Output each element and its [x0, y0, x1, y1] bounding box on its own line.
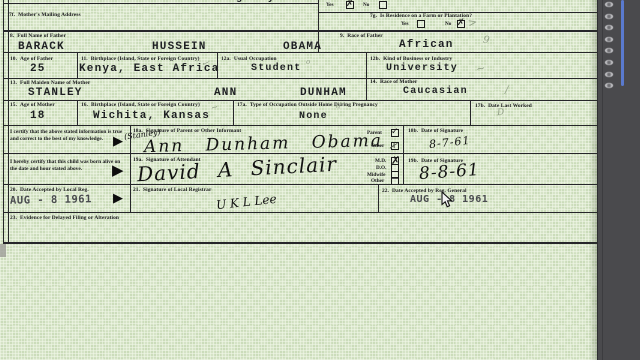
mother-last-name: DUNHAM: [300, 87, 347, 99]
mother-occupation-value: None: [299, 111, 328, 122]
form-line: [318, 12, 597, 13]
checkbox-parent: ✓: [391, 129, 399, 137]
checkbox-7g-no-label: No: [445, 21, 451, 27]
field-21-label: 21.Signature of Local Registrar: [133, 187, 211, 193]
arrow-18a-icon: ▶: [113, 135, 123, 148]
form-line: [77, 52, 78, 78]
checkbox-parent-label: Parent: [367, 130, 382, 136]
form-line: [3, 3, 318, 4]
form-line: [3, 0, 4, 243]
pencil-mark: ✗: [388, 141, 397, 152]
layers-panel-strip: [597, 0, 640, 360]
field-20-label: 20.Date Accepted by Local Reg.: [10, 187, 89, 193]
field-8-label: 8.Full Name of Father: [10, 33, 66, 39]
certification-text-attendant: I hereby certify that this child was bor…: [10, 159, 128, 173]
layer-eye-icon[interactable]: [605, 37, 613, 42]
checkbox-7g-yes: [417, 20, 425, 28]
field-11-label: 11.Birthplace (Island, State or Foreign …: [81, 56, 200, 62]
field-13-label: 13.Full Maiden Name of Mother: [10, 80, 90, 86]
father-occupation-value: Student: [251, 63, 301, 74]
form-line: [3, 125, 597, 126]
field-10-label: 10.Age of Father: [10, 56, 53, 62]
checkbox-7e-no: [379, 1, 387, 9]
field-9-label: 9.Race of Father: [340, 33, 383, 39]
date-of-signature-19b: 8-8-61: [418, 160, 480, 184]
app-window: 6085 Kalanianaole Highway 7f.Mother's Ma…: [0, 0, 640, 360]
form-line: [130, 125, 131, 212]
checkbox-midwife-label: Midwife: [367, 172, 385, 178]
date-of-signature-18b: 8-7-61: [428, 134, 471, 151]
checkbox-md-label: M.D.: [375, 158, 386, 164]
field-23-label: 23.Evidence for Delayed Filing or Altera…: [10, 215, 119, 221]
checkbox-other-informant-label: Other: [371, 143, 384, 149]
layer-eye-icon[interactable]: [605, 2, 613, 7]
layer-eye-icon[interactable]: [605, 60, 613, 65]
form-line: [3, 212, 597, 213]
arrow-21-icon: ▶: [113, 192, 123, 205]
form-line: [366, 52, 367, 100]
pencil-mark: ~: [475, 61, 487, 76]
field-14-label: 14.Race of Mother: [370, 79, 417, 85]
father-birthplace-value: Kenya, East Africa: [79, 63, 219, 75]
pencil-mark: >: [467, 15, 478, 29]
form-line: [3, 30, 597, 32]
form-line: [217, 52, 218, 78]
form-line: [3, 52, 597, 53]
father-race-value: African: [399, 39, 454, 51]
pencil-mark: o: [306, 58, 310, 66]
father-age-value: 25: [30, 63, 46, 75]
pencil-mark: ~: [210, 102, 220, 114]
arrow-19a-icon: ▶: [112, 163, 124, 178]
mother-first-name: STANLEY: [28, 87, 83, 99]
pencil-mark: il: [335, 101, 342, 111]
pencil-mark: /: [505, 85, 508, 96]
field-16-label: 16.Birthplace (Island, State or Foreign …: [81, 102, 200, 108]
mother-race-value: Caucasian: [403, 86, 468, 97]
form-line: [77, 100, 78, 125]
form-line: [233, 100, 234, 125]
signature-local-registrar: U K L Lee: [215, 192, 277, 212]
layer-eye-icon[interactable]: [605, 72, 613, 77]
field-12a-label: 12a.Usual Occupation: [221, 56, 277, 62]
mother-middle-name: ANN: [214, 87, 237, 99]
checkbox-7e-yes: ✗: [346, 1, 354, 9]
form-line: [470, 100, 471, 125]
layer-eye-icon[interactable]: [605, 14, 613, 19]
checkbox-7e-no-label: No: [363, 2, 369, 8]
panel-scrollbar[interactable]: [621, 0, 624, 86]
checkbox-do-label: D.O.: [376, 165, 386, 171]
layers-panel-divider: [602, 0, 603, 360]
form-line: [8, 0, 9, 243]
mother-birthplace-value: Wichita, Kansas: [93, 110, 210, 122]
paper-smudge: [0, 244, 6, 257]
checkbox-7g-no: ✗: [457, 20, 465, 28]
father-industry-value: University: [386, 63, 458, 74]
pencil-mark: D: [497, 108, 505, 119]
field-15-label: 15.Age of Mother: [10, 102, 55, 108]
form-line: [3, 100, 597, 101]
form-line: [3, 153, 597, 154]
field-12b-label: 12b.Kind of Business or Industry: [370, 56, 452, 62]
field-7f-label: 7f.Mother's Mailing Address: [9, 12, 81, 18]
form-line: [3, 184, 597, 185]
form-line: [403, 125, 404, 184]
mother-age-value: 18: [30, 110, 46, 122]
checkbox-7e-yes-label: Yes: [326, 2, 334, 8]
mouse-cursor-icon: [441, 191, 454, 209]
form-line: [3, 242, 597, 244]
certificate-document: 6085 Kalanianaole Highway 7f.Mother's Ma…: [0, 0, 597, 360]
form-line: [318, 0, 319, 52]
field-18b-label: 18b.Date of Signature: [408, 128, 463, 134]
document-edge-shadow: [589, 0, 597, 360]
checkbox-7g-yes-label: Yes: [401, 21, 409, 27]
pencil-mark: 9: [482, 35, 490, 47]
field-17a-label: 17a.Type of Occupation Outside Home Duri…: [237, 102, 378, 108]
certification-text-informant: I certify that the above stated informat…: [10, 129, 128, 143]
date-stamp-local-reg: AUG - 8 1961: [10, 193, 92, 206]
form-line: [3, 78, 597, 79]
form-line: [378, 184, 379, 212]
